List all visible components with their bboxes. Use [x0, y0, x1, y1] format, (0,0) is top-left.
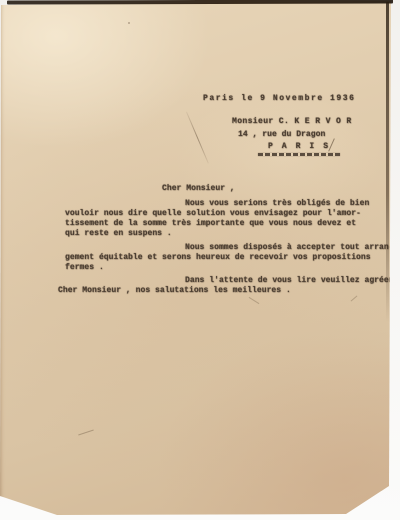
letter-paper-sheet: Paris le 9 Novembre 1936 Monsieur C. K E…	[0, 0, 400, 520]
faint-mark-right	[351, 296, 358, 302]
scanned-letter-page: Paris le 9 Novembre 1936 Monsieur C. K E…	[0, 0, 400, 520]
paragraph1-line4: qui reste en suspens .	[65, 229, 172, 239]
paragraph1-line1: Nous vous serions très obligés de bien	[185, 199, 369, 209]
paragraph1-line3: tissement de la somme très importante qu…	[65, 219, 356, 229]
city-dashed-underline	[258, 153, 340, 156]
recipient-name-line: Monsieur C. K E R V O R	[232, 117, 352, 127]
faint-mark-center	[249, 297, 260, 304]
recipient-city-line: P A R I S	[268, 142, 330, 152]
recipient-street-line: 14 , rue du Dragon	[238, 130, 325, 140]
paragraph2-line1: Nous sommes disposés à accepter tout arr…	[185, 243, 394, 253]
paragraph2-line2: gement équitable et serons heureux de re…	[65, 253, 371, 263]
paragraph2-line3: fermes .	[65, 263, 104, 273]
paper-speck	[128, 22, 130, 24]
scratch-mark-lower-left	[78, 430, 94, 436]
paragraph3-line2: Cher Monsieur , nos salutations les meil…	[58, 286, 291, 296]
scan-right-edge-shadow	[386, 2, 389, 322]
date-line: Paris le 9 Novembre 1936	[203, 94, 355, 104]
diagonal-crease-mark	[186, 112, 209, 164]
paragraph3-line1: Dans l'attente de vous lire veuillez agr…	[185, 276, 400, 286]
salutation-line: Cher Monsieur ,	[162, 184, 235, 194]
paragraph1-line2: vouloir nous dire quelle solution vous e…	[65, 209, 361, 219]
